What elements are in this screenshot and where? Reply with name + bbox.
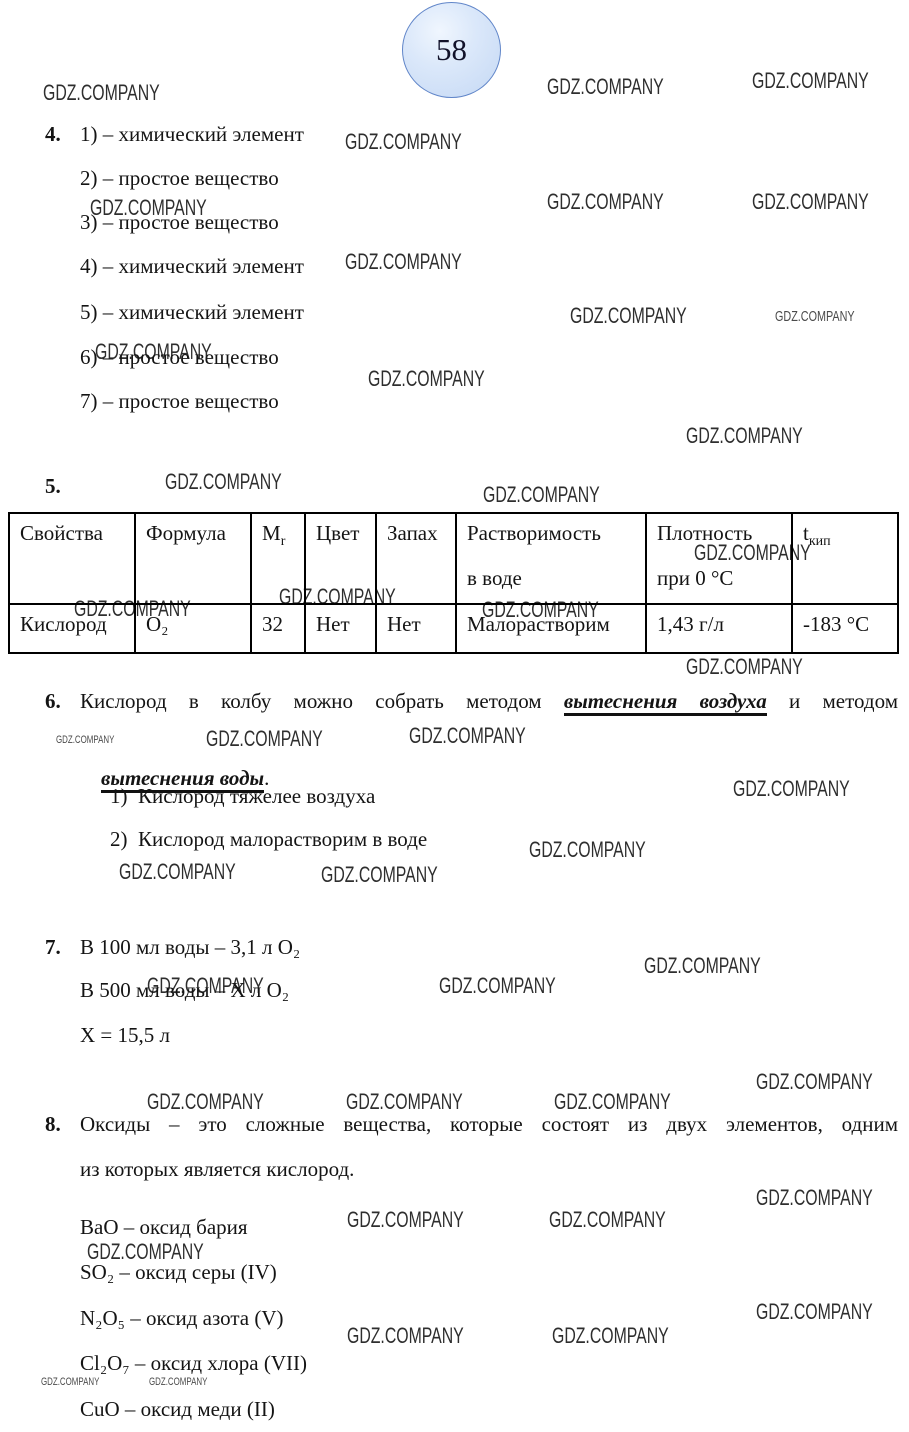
watermark-text: GDZ.COMPANY — [409, 723, 526, 749]
th-mr: Mr — [251, 513, 305, 604]
item4-entry-2: 2) – простое вещество — [80, 166, 279, 190]
item6-entry-1: 1) Кислород тяжелее воздуха — [110, 784, 375, 808]
watermark-text: GDZ.COMPANY — [549, 1207, 666, 1233]
page-number: 58 — [436, 32, 467, 68]
item8-example-3: N₂O₅ – оксид азота (V) — [80, 1306, 284, 1330]
item8-intro-line1: Оксиды – это сложные вещества, которые с… — [80, 1112, 898, 1136]
item7-line-1: В 100 мл воды – 3,1 л О₂ — [80, 935, 300, 959]
watermark-text: GDZ.COMPANY — [547, 189, 664, 215]
cell-formula: О₂ — [135, 604, 251, 653]
th-color: Цвет — [305, 513, 376, 604]
item7-number: 7. — [45, 935, 61, 959]
th-solubility: Растворимость в воде — [456, 513, 646, 604]
item8-example-1: BaO – оксид бария — [80, 1215, 248, 1239]
th-density: Плотность при 0 °С — [646, 513, 792, 604]
cell-solubility: Малорастворим — [456, 604, 646, 653]
watermark-text: GDZ.COMPANY — [756, 1069, 873, 1095]
item8-number: 8. — [45, 1112, 61, 1136]
watermark-text: GDZ.COMPANY — [345, 249, 462, 275]
watermark-text: GDZ.COMPANY — [752, 68, 869, 94]
cell-tboil: -183 °С — [792, 604, 898, 653]
item6-line1-pre: Кислород в колбу можно собрать методом — [80, 689, 564, 713]
item8-example-4: Cl₂O₇ – оксид хлора (VII) — [80, 1351, 307, 1375]
item7-line-2: В 500 мл воды – Х л О₂ — [80, 978, 289, 1002]
th-formula: Формула — [135, 513, 251, 604]
th-tboil: tкип — [792, 513, 898, 604]
watermark-text: GDZ.COMPANY — [41, 1376, 99, 1388]
th-properties: Свойства — [9, 513, 135, 604]
item8-example-5: CuO – оксид меди (II) — [80, 1397, 275, 1421]
item4-entry-3: 3) – простое вещество — [80, 210, 279, 234]
item6-line1-post: и методом — [767, 689, 898, 713]
item4-entry-7: 7) – простое вещество — [80, 389, 279, 413]
item7-line-3: Х = 15,5 л — [80, 1023, 170, 1047]
cell-color: Нет — [305, 604, 376, 653]
watermark-text: GDZ.COMPANY — [552, 1323, 669, 1349]
watermark-text: GDZ.COMPANY — [752, 189, 869, 215]
th-smell: Запах — [376, 513, 456, 604]
watermark-text: GDZ.COMPANY — [570, 303, 687, 329]
page-number-badge: 58 — [402, 2, 501, 98]
watermark-text: GDZ.COMPANY — [149, 1376, 207, 1388]
watermark-text: GDZ.COMPANY — [733, 776, 850, 802]
watermark-text: GDZ.COMPANY — [756, 1299, 873, 1325]
item6-line1: Кислород в колбу можно собрать методом в… — [80, 689, 898, 713]
cell-density: 1,43 г/л — [646, 604, 792, 653]
cell-mr: 32 — [251, 604, 305, 653]
watermark-text: GDZ.COMPANY — [686, 423, 803, 449]
item4-entry-1: 1) – химический элемент — [80, 122, 304, 146]
watermark-text: GDZ.COMPANY — [756, 1185, 873, 1211]
watermark-text: GDZ.COMPANY — [368, 366, 485, 392]
item4-entry-5: 5) – химический элемент — [80, 300, 304, 324]
watermark-text: GDZ.COMPANY — [775, 308, 855, 325]
watermark-text: GDZ.COMPANY — [347, 1207, 464, 1233]
watermark-text: GDZ.COMPANY — [483, 482, 600, 508]
item5-number: 5. — [45, 474, 61, 498]
item8-intro-line2: из которых является кислород. — [80, 1157, 354, 1181]
watermark-text: GDZ.COMPANY — [529, 837, 646, 863]
watermark-text: GDZ.COMPANY — [165, 469, 282, 495]
cell-name: Кислород — [9, 604, 135, 653]
item8-example-2: SO₂ – оксид серы (IV) — [80, 1260, 277, 1284]
watermark-text: GDZ.COMPANY — [345, 129, 462, 155]
watermark-text: GDZ.COMPANY — [439, 973, 556, 999]
watermark-text: GDZ.COMPANY — [43, 80, 160, 106]
item6-number: 6. — [45, 689, 61, 713]
item4-entry-4: 4) – химический элемент — [80, 254, 304, 278]
item4-number: 4. — [45, 122, 61, 146]
watermark-text: GDZ.COMPANY — [547, 74, 664, 100]
watermark-text: GDZ.COMPANY — [686, 654, 803, 680]
document-page: 58 GDZ.COMPANYGDZ.COMPANYGDZ.COMPANYGDZ.… — [0, 0, 909, 1432]
watermark-text: GDZ.COMPANY — [119, 859, 236, 885]
cell-smell: Нет — [376, 604, 456, 653]
item6-line1-emphasis: вытеснения воздуха — [564, 689, 767, 716]
item4-entry-6: 6) – простое вещество — [80, 345, 279, 369]
item6-entry-2: 2) Кислород малорастворим в воде — [110, 827, 427, 851]
properties-table: Свойства Формула Mr Цвет Запах Растворим… — [8, 512, 899, 654]
table-data-row: Кислород О₂ 32 Нет Нет Малорастворим 1,4… — [9, 604, 898, 653]
watermark-text: GDZ.COMPANY — [644, 953, 761, 979]
table-header-row: Свойства Формула Mr Цвет Запах Растворим… — [9, 513, 898, 604]
watermark-text: GDZ.COMPANY — [321, 862, 438, 888]
watermark-text: GDZ.COMPANY — [347, 1323, 464, 1349]
